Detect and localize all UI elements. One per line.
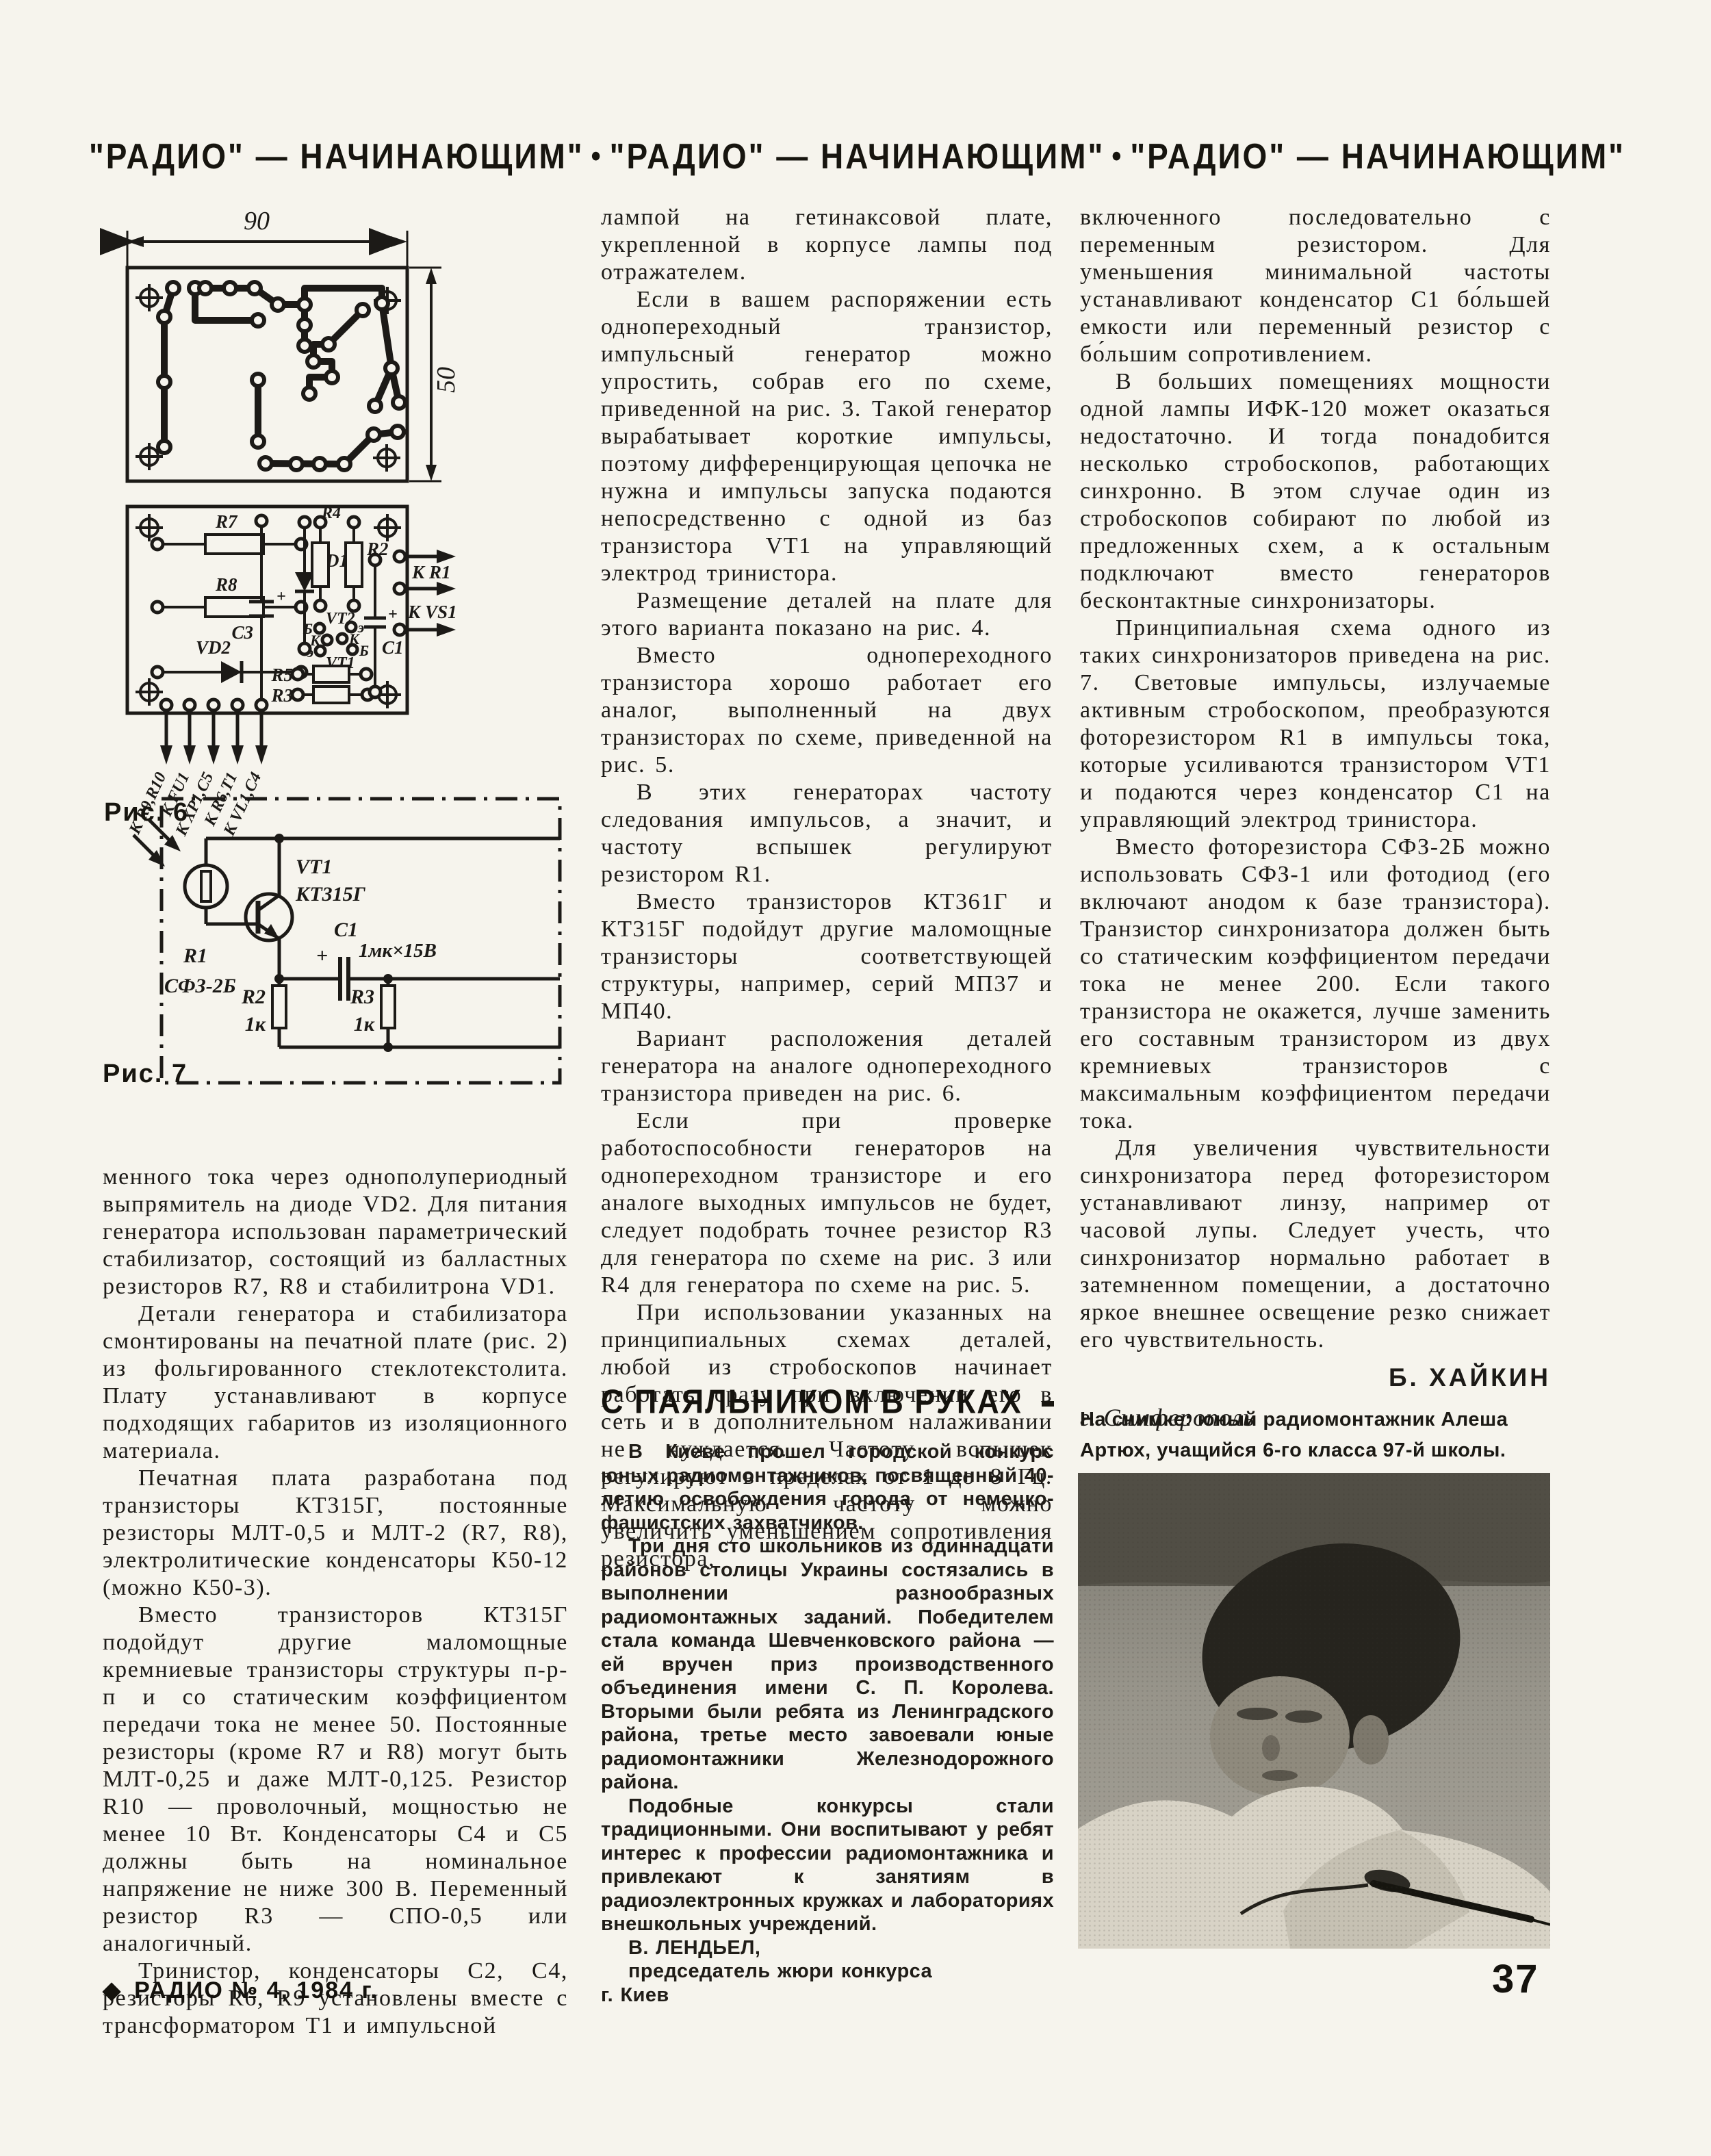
section-signature: В. ЛЕНДЬЕЛ, <box>601 1936 1054 1960</box>
paragraph: В больших помещениях мощности одной ламп… <box>1080 368 1551 615</box>
resistor-r2: R2 1к <box>241 979 286 1047</box>
figure-pcb-tracks: 90 50 <box>96 201 465 496</box>
photoresistor-r1: R1 СФЗ-2Б <box>133 820 258 997</box>
paragraph: Подобные конкурсы стали традиционными. О… <box>601 1795 1054 1936</box>
pcb-width-dim: 90 <box>244 207 270 235</box>
photo-caption-text: На снимке: юный радиомонтажник Алеша Арт… <box>1080 1404 1551 1466</box>
paragraph: Принципиальная схема одного из таких син… <box>1080 615 1551 834</box>
paragraph: Вместо транзисторов КТ361Г и КТ315Г подо… <box>601 888 1053 1025</box>
svg-text:1к: 1к <box>354 1013 375 1036</box>
svg-text:R3: R3 <box>350 986 374 1008</box>
svg-text:КТ315Г: КТ315Г <box>295 883 366 906</box>
label-c3: С3 <box>231 622 253 643</box>
paragraph: Вместо транзисторов КТ315Г подойдут друг… <box>103 1602 568 1958</box>
label-r7: R7 <box>215 511 238 532</box>
svg-text:СФЗ-2Б: СФЗ-2Б <box>164 975 236 997</box>
paragraph: Вместо фоторезистора СФЗ-2Б можно исполь… <box>1080 834 1551 1135</box>
fig7-caption: Рис. 7 <box>103 1060 188 1089</box>
pcb-height-dim: 50 <box>432 367 461 393</box>
svg-text:К VS1: К VS1 <box>407 602 457 622</box>
section-rule <box>1042 1401 1054 1407</box>
svg-text:К R1: К R1 <box>411 562 451 582</box>
news-section: С ПАЯЛЬНИКОМ В РУКАХ В Киеве прошел горо… <box>601 1384 1054 2007</box>
svg-text:э: э <box>307 643 313 660</box>
section-title: С ПАЯЛЬНИКОМ В РУКАХ <box>601 1382 1022 1421</box>
svg-text:1мк×15В: 1мк×15В <box>359 940 437 962</box>
svg-text:Б: Б <box>359 642 369 659</box>
column-left: менного тока через однополупериодный вып… <box>103 1164 568 2040</box>
paragraph: менного тока через однополупериодный вып… <box>103 1164 568 1300</box>
paragraph: Размещение деталей на плате для этого ва… <box>601 587 1053 642</box>
paragraph: Вариант расположения деталей генератора … <box>601 1025 1053 1107</box>
svg-text:VT1: VT1 <box>296 856 332 878</box>
header-slogan: "РАДИО" — НАЧИНАЮЩИМ" <box>89 136 584 177</box>
header-slogan: "РАДИО" — НАЧИНАЮЩИМ" <box>1130 136 1625 177</box>
page-header: "РАДИО" — НАЧИНАЮЩИМ" • "РАДИО" — НАЧИНА… <box>89 136 1625 177</box>
board-outputs: К R1 К VS1 <box>394 550 457 637</box>
photo-boy-soldering <box>1078 1473 1550 1949</box>
resistor-r3: R3 1к <box>350 979 395 1047</box>
svg-text:VT2: VT2 <box>326 610 355 628</box>
diamond-icon: ◆ <box>103 1977 122 2004</box>
paragraph: Для увеличения чувствительности синхрони… <box>1080 1135 1551 1354</box>
paragraph: В этих генераторах частоту следования им… <box>601 779 1053 888</box>
column-right: включенного последовательно с переменным… <box>1080 204 1551 1432</box>
svg-text:+: + <box>316 945 328 967</box>
paragraph: Если при проверке работоспособности гене… <box>601 1107 1053 1299</box>
copper-traces <box>158 282 405 470</box>
svg-text:C1: C1 <box>334 919 358 941</box>
label-c1: C1 <box>382 637 404 658</box>
paragraph: Детали генератора и стабилизатора смонти… <box>103 1300 568 1465</box>
section-city: г. Киев <box>601 1984 1054 2007</box>
paragraph: лампой на гетинаксовой плате, укрепленно… <box>601 204 1053 286</box>
section-signature-role: председатель жюри конкурса <box>601 1960 1054 1984</box>
label-r4: R4 <box>321 504 341 522</box>
label-r8: R8 <box>215 574 237 595</box>
svg-text:1к: 1к <box>245 1013 266 1036</box>
column-middle: лампой на гетинаксовой плате, укрепленно… <box>601 204 1053 1573</box>
magazine-page: "РАДИО" — НАЧИНАЮЩИМ" • "РАДИО" — НАЧИНА… <box>0 0 1711 2156</box>
footer: ◆ РАДИО № 4, 1984 г. <box>103 1977 378 2004</box>
transistor-pins: Б VT2 э К К э VT1 Б <box>303 610 369 672</box>
label-c1-plus: + <box>388 606 398 624</box>
figure-schematic: R1 СФЗ-2Б VT1 КТ315Г + C1 1мк×15В <box>96 793 575 1095</box>
paragraph: В Киеве прошел городской конкурс юных ра… <box>601 1440 1054 1535</box>
capacitor-c1: + C1 1мк×15В <box>316 919 437 1001</box>
paragraph: Вместо однопереходного транзистора хорош… <box>601 642 1053 779</box>
label-r5: R5 <box>270 665 293 685</box>
paragraph: Печатная плата разработана под транзисто… <box>103 1465 568 1602</box>
paragraph: Если в вашем распоряжении есть одноперех… <box>601 286 1053 587</box>
paragraph: включенного последовательно с переменным… <box>1080 204 1551 368</box>
svg-text:К: К <box>348 630 360 647</box>
header-slogan: "РАДИО" — НАЧИНАЮЩИМ" <box>610 136 1105 177</box>
label-vd2: VD2 <box>196 637 231 658</box>
article-author: Б. ХАЙКИН <box>1080 1363 1551 1392</box>
label-c3-plus: + <box>276 588 286 606</box>
paragraph: Три дня сто школьников из одиннадцати ра… <box>601 1535 1054 1795</box>
svg-text:R1: R1 <box>183 945 207 967</box>
label-r3: R3 <box>270 685 293 706</box>
svg-text:R2: R2 <box>241 986 266 1008</box>
page-number: 37 <box>1492 1956 1539 2002</box>
footer-issue: РАДИО № 4, 1984 г. <box>134 1977 378 2004</box>
